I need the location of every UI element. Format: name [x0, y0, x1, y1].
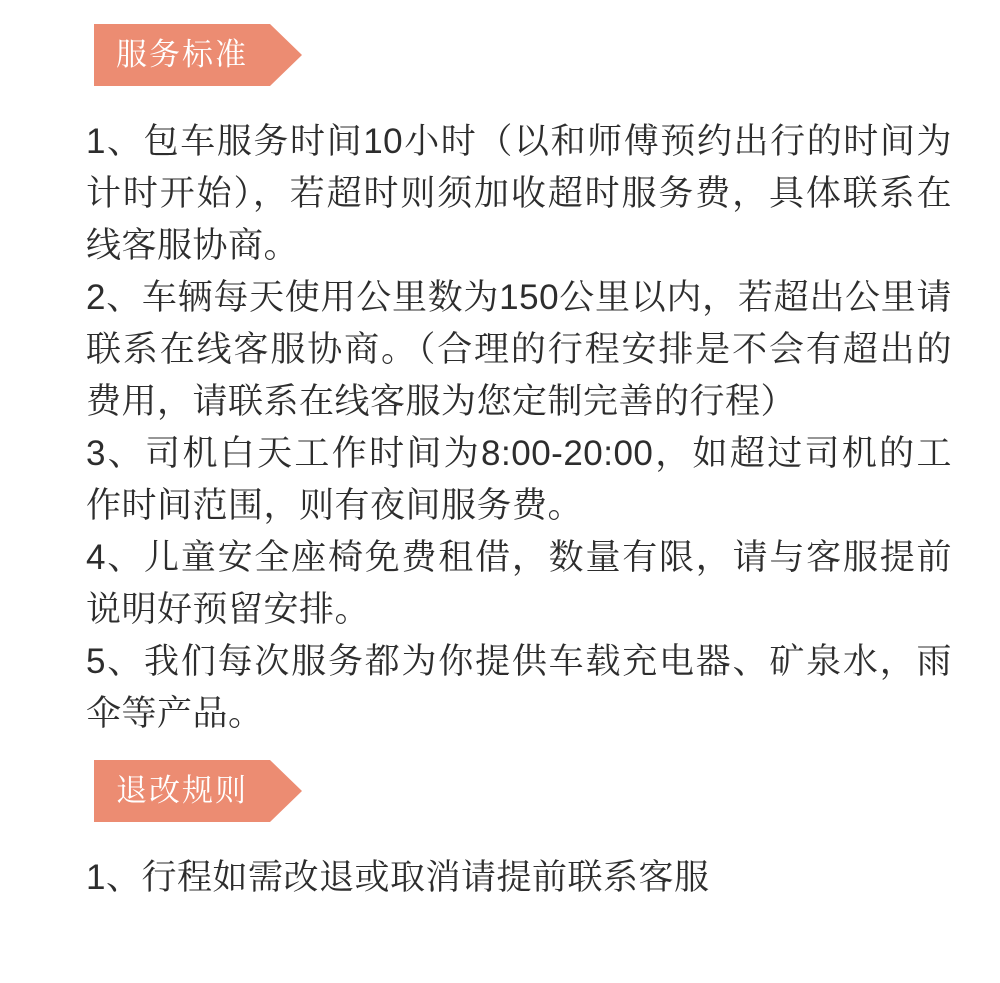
service-standards-list: 1、包车服务时间10小时（以和师傅预约出行的时间为计时开始），若超时则须加收超时… [86, 116, 952, 740]
refund-rules-arrow-badge: 退改规则 [94, 760, 302, 822]
service-terms-page: 服务标准 1、包车服务时间10小时（以和师傅预约出行的时间为计时开始），若超时则… [0, 0, 1000, 983]
service-standards-arrow-badge: 服务标准 [94, 24, 302, 86]
refund-rules-badge-label: 退改规则 [116, 773, 248, 808]
service-standards-badge-label: 服务标准 [116, 37, 248, 72]
service-standard-item-1: 1、包车服务时间10小时（以和师傅预约出行的时间为计时开始），若超时则须加收超时… [86, 116, 952, 272]
refund-rules-list: 1、行程如需改退或取消请提前联系客服 [86, 852, 952, 904]
section-service-standards: 服务标准 1、包车服务时间10小时（以和师傅预约出行的时间为计时开始），若超时则… [86, 24, 952, 740]
section-refund-rules: 退改规则 1、行程如需改退或取消请提前联系客服 [86, 760, 952, 904]
service-standard-item-5: 5、我们每次服务都为你提供车载充电器、矿泉水，雨伞等产品。 [86, 636, 952, 740]
service-standard-item-4: 4、儿童安全座椅免费租借，数量有限，请与客服提前说明好预留安排。 [86, 532, 952, 636]
service-standard-item-3: 3、司机白天工作时间为8:00-20:00，如超过司机的工作时间范围，则有夜间服… [86, 428, 952, 532]
service-standard-item-2: 2、车辆每天使用公里数为150公里以内，若超出公里请联系在线客服协商。（合理的行… [86, 272, 952, 428]
refund-rule-item-1: 1、行程如需改退或取消请提前联系客服 [86, 852, 952, 904]
